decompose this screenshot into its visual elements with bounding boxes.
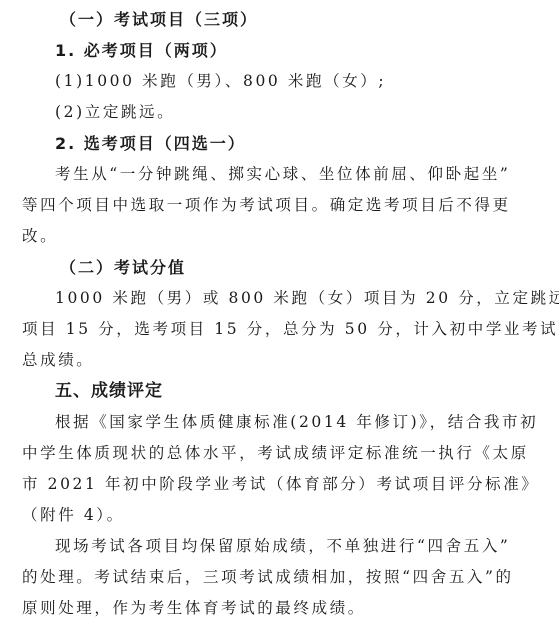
evaluation-paragraph2-line: 现场考试各项目均保留原始成绩，不单独进行“四舍五入” — [22, 531, 542, 562]
section-heading-scores: （二）考试分值 — [22, 252, 542, 283]
subheading-required-items: 1. 必考项目（两项） — [22, 35, 542, 66]
evaluation-paragraph2-line: 原则处理，作为考生体育考试的最终成绩。 — [22, 593, 542, 624]
section-heading-evaluation: 五、成绩评定 — [22, 376, 542, 407]
evaluation-paragraph1-line: 市 2021 年初中阶段学业考试（体育部分）考试项目评分标准》 — [22, 469, 542, 500]
elective-paragraph-line: 考生从“一分钟跳绳、掷实心球、坐位体前屈、仰卧起坐” — [22, 159, 542, 190]
evaluation-paragraph1-line: （附件 4）。 — [22, 500, 542, 531]
scores-paragraph-line: 项目 15 分，选考项目 15 分，总分为 50 分，计入初中学业考试 — [22, 314, 542, 345]
scores-paragraph-line: 1000 米跑（男）或 800 米跑（女）项目为 20 分，立定跳远 — [22, 283, 542, 314]
section-heading-exam-items: （一）考试项目（三项） — [22, 4, 542, 35]
evaluation-paragraph1-line: 中学生体质现状的总体水平，考试成绩评定标准统一执行《太原 — [22, 438, 542, 469]
evaluation-paragraph2-line: 的处理。考试结束后，三项考试成绩相加，按照“四舍五入”的 — [22, 562, 542, 593]
elective-paragraph-line: 改。 — [22, 221, 542, 252]
scores-paragraph-line: 总成绩。 — [22, 345, 542, 376]
document-page: （一）考试项目（三项） 1. 必考项目（两项） (1)1000 米跑（男）、80… — [22, 4, 542, 624]
evaluation-paragraph1-line: 根据《国家学生体质健康标准(2014 年修订)》，结合我市初 — [22, 407, 542, 438]
elective-paragraph-line: 等四个项目中选取一项作为考试项目。确定选考项目后不得更 — [22, 190, 542, 221]
required-item-1: (1)1000 米跑（男）、800 米跑（女）; — [22, 66, 542, 97]
required-item-2: (2)立定跳远。 — [22, 97, 542, 128]
subheading-elective-items: 2. 选考项目（四选一） — [22, 128, 542, 159]
